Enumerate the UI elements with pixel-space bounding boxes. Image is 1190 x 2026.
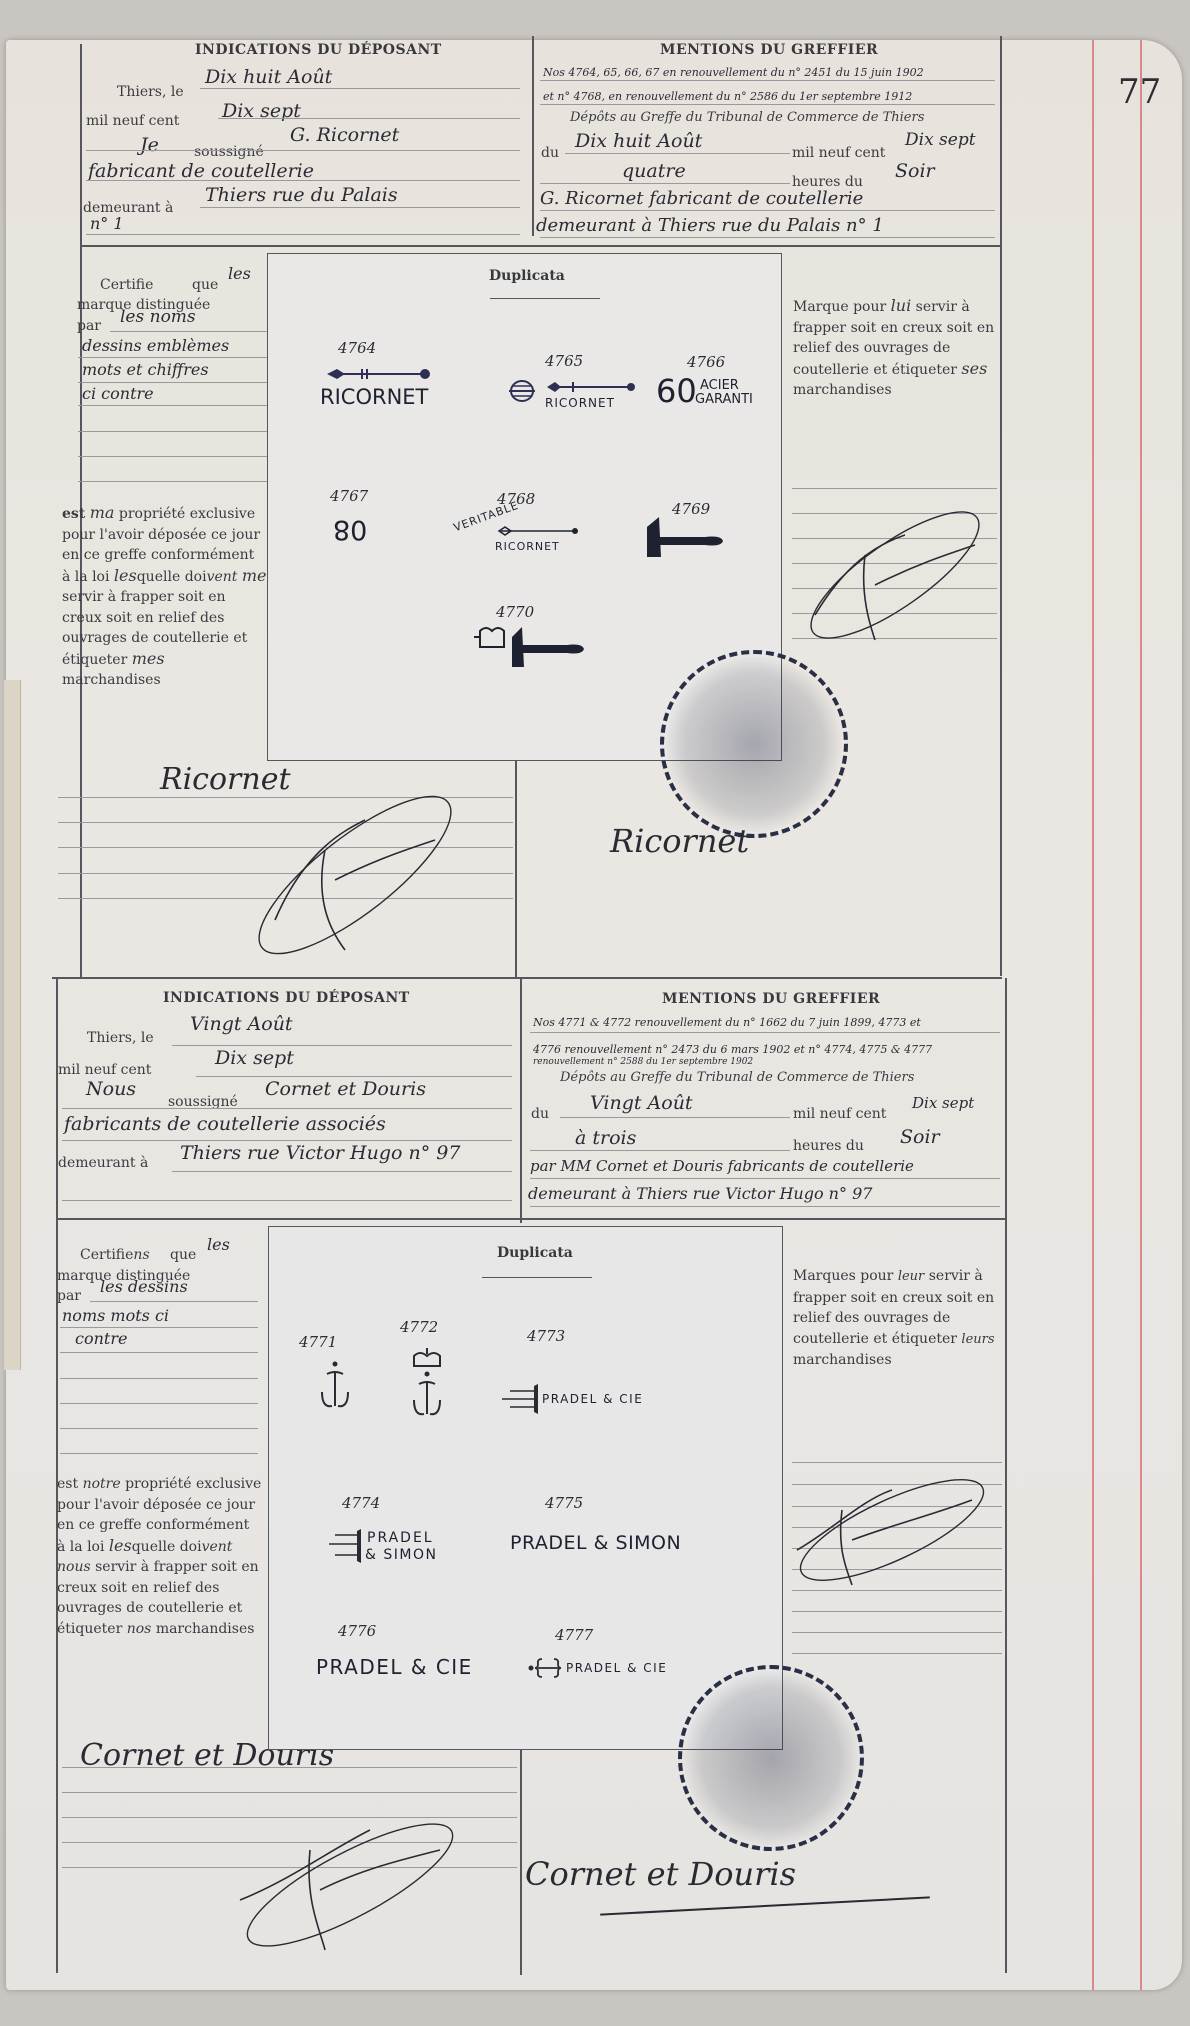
greffier-note-line: 4776 renouvellement n° 2473 du 6 mars 19… (533, 1043, 1001, 1056)
fill-line (792, 1590, 1002, 1591)
mark-number: 4772 (400, 1318, 438, 1336)
fill-line (196, 1076, 512, 1077)
greffier-period-value: Soir (900, 1126, 940, 1148)
marchandises-label: marchandises (793, 1352, 892, 1368)
fill-line (110, 331, 270, 332)
mark-number: 4773 (527, 1327, 565, 1345)
est-value: ma (90, 503, 115, 522)
fill-line (172, 1171, 512, 1172)
mark-text: RICORNET (320, 385, 428, 409)
fill-line (86, 180, 520, 181)
frame-line (1000, 36, 1002, 976)
margin-red-line (1140, 40, 1142, 1990)
frame-line (515, 760, 517, 978)
mark-number: 4766 (687, 353, 725, 371)
marque-pour-value: lui (891, 296, 912, 315)
thiers-le-label: Thiers, le (117, 84, 184, 100)
depositor-name-value: Cornet et Douris (265, 1078, 426, 1100)
date-day-value: Dix huit Août (205, 66, 332, 88)
fill-line (200, 88, 520, 89)
duplicata-title: Duplicata (489, 268, 565, 284)
par-line-value: noms mots ci (62, 1306, 169, 1325)
fill-line (792, 488, 997, 489)
frame-line (52, 977, 1002, 979)
par-line-value: les noms (120, 307, 196, 327)
me-value: me (242, 566, 267, 585)
demeurant-label: demeurant à (58, 1155, 148, 1171)
fill-line (90, 1301, 258, 1302)
etiqueter-value: leurs (961, 1332, 994, 1347)
mark-number: 4774 (342, 1494, 380, 1512)
pronoun-value: Nous (86, 1078, 136, 1100)
que-value: les (228, 264, 251, 283)
frame-line (520, 978, 522, 1223)
clerk-signature-flourish-icon (792, 1470, 997, 1590)
que-value: les (207, 1235, 230, 1254)
fill-line (62, 1200, 512, 1201)
fill-line (565, 153, 790, 154)
mark-text: ACIER (700, 378, 739, 393)
mark-text: 80 (333, 514, 367, 545)
fill-line (60, 1428, 258, 1429)
marchandises-label: marchandises (62, 672, 161, 688)
frame-line (520, 1750, 522, 1975)
arrow-rod-icon (545, 381, 637, 393)
par-line-value: contre (75, 1329, 127, 1348)
mark-number: 4771 (299, 1333, 337, 1351)
est-label: est (62, 506, 85, 522)
mark-text: & SIMON (365, 1547, 437, 1563)
duplicata-title: Duplicata (497, 1245, 573, 1261)
greffier-note-line: et n° 4768, en renouvellement du n° 2586… (543, 90, 993, 103)
clerk-signature-flourish-icon (795, 505, 995, 645)
clerk-signature-flourish-icon (235, 790, 475, 960)
greffier-address-value: demeurant à Thiers rue Victor Hugo n° 97 (528, 1184, 872, 1203)
etiqueter-value: nos (127, 1621, 152, 1637)
mark-number: 4767 (330, 487, 368, 505)
mark-number: 4776 (338, 1622, 376, 1640)
fill-line (60, 1378, 258, 1379)
address-number-value: n° 1 (90, 214, 124, 233)
depots-text: Dépôts au Greffe du Tribunal de Commerce… (570, 110, 924, 125)
fill-line (792, 1462, 1002, 1463)
thiers-le-label: Thiers, le (87, 1030, 154, 1046)
fill-line (62, 1108, 512, 1109)
fill-line (78, 481, 270, 482)
greffier-depositor-value: par MM Cornet et Douris fabricants de co… (530, 1157, 914, 1175)
fill-line (218, 118, 520, 119)
que-label: que (170, 1247, 196, 1263)
du-label: du (531, 1106, 549, 1122)
fill-line (792, 1632, 1002, 1633)
lesquelle-value: les (114, 566, 137, 585)
fill-line (78, 405, 270, 406)
clerk-signature-flourish-icon (230, 1810, 470, 1960)
mark-text: PRADEL & SIMON (510, 1532, 681, 1554)
doivent-value: vent (207, 569, 238, 585)
certifie-suffix: ns (133, 1247, 149, 1263)
date-day-value: Vingt Août (190, 1013, 293, 1035)
fill-line (60, 1403, 258, 1404)
arrow-rod-icon (325, 368, 433, 380)
propriete-block: est ma propriété exclusive pour l'avoir … (62, 503, 267, 691)
marque-pour-label: Marques pour (793, 1268, 893, 1284)
fill-line (540, 104, 995, 105)
par-line-value: dessins emblèmes (82, 336, 229, 355)
quelle-label: quelle (132, 1539, 176, 1555)
par-line-value: ci contre (82, 384, 154, 403)
frame-line (1005, 978, 1007, 1973)
greffier-year-value: Dix sept (905, 130, 976, 150)
doivent-value: vent (202, 1539, 233, 1555)
paper-strip (4, 680, 21, 1370)
greffier-date-value: Dix huit Août (575, 130, 702, 152)
crown-hammer-icon (472, 625, 587, 670)
frame-line (80, 245, 1000, 247)
greffier-address-value: demeurant à Thiers rue du Palais n° 1 (536, 215, 884, 236)
du-label: du (541, 145, 559, 161)
fill-line (62, 1140, 512, 1141)
fill-line (60, 1453, 258, 1454)
mark-text: GARANTI (695, 392, 753, 407)
fill-line (78, 357, 270, 358)
est-value: notre (83, 1476, 121, 1492)
year-value: Dix sept (215, 1047, 294, 1069)
mark-text: PRADEL & CIE (316, 1655, 473, 1679)
fill-line (540, 237, 995, 238)
certifie-label: Certifiens (80, 1247, 150, 1263)
fill-line (792, 1653, 1002, 1654)
frame-line (532, 36, 534, 236)
court-seal-icon (660, 650, 848, 838)
fill-line (540, 183, 790, 184)
doi-label: doi (185, 569, 207, 585)
fill-line (62, 1792, 517, 1793)
depositor-name-value: G. Ricornet (290, 124, 399, 146)
anchor-monogram-icon (318, 1360, 352, 1410)
page-number: 77 (1118, 72, 1161, 112)
depots-text: Dépôts au Greffe du Tribunal de Commerce… (560, 1070, 914, 1085)
par-line-value: les dessins (100, 1277, 188, 1296)
greffier-header: MENTIONS DU GREFFIER (662, 991, 880, 1007)
mark-text: RICORNET (495, 540, 560, 553)
frame-line (56, 1218, 1005, 1220)
greffier-side-signature: Cornet et Douris (525, 1855, 796, 1893)
greffier-year-value: Dix sept (912, 1094, 974, 1112)
greffier-period-value: Soir (895, 160, 935, 182)
marque-pour-label: Marque pour (793, 299, 886, 315)
greffier-depositor-value: G. Ricornet fabricant de coutellerie (540, 188, 863, 209)
greffier-hour-value: à trois (575, 1127, 636, 1149)
court-seal-icon (678, 1665, 864, 1851)
greffier-note-line: renouvellement n° 2588 du 1er septembre … (533, 1057, 1001, 1067)
occupation-value: fabricant de coutellerie (88, 160, 314, 182)
margin-red-line (1092, 40, 1094, 1990)
hammer-icon (645, 515, 725, 560)
mark-text: PRADEL & CIE (566, 1661, 667, 1675)
greffier-date-value: Vingt Août (590, 1092, 693, 1114)
mark-text: RICORNET (545, 396, 615, 410)
par-label: par (77, 318, 101, 334)
greffier-hour-value: quatre (622, 160, 686, 182)
bracket-emblem-icon (528, 1657, 564, 1679)
arrow-rod-icon (497, 526, 579, 536)
propriete-block: est notre propriété exclusive pour l'avo… (57, 1474, 262, 1639)
fill-line (530, 1178, 1000, 1179)
fill-line (540, 80, 995, 81)
doi-label: doi (180, 1539, 202, 1555)
globe-arrow-icon (507, 378, 537, 404)
que-label: que (192, 277, 218, 293)
fork-emblem-icon (500, 1382, 540, 1416)
etiqueter-value: mes (132, 649, 165, 668)
mark-number: 4764 (338, 339, 376, 357)
est-label: est (57, 1476, 78, 1492)
crown-monogram-icon (410, 1348, 444, 1418)
fill-line (530, 1150, 790, 1151)
soussigne-label: soussigné (194, 144, 264, 160)
mark-number: 4770 (496, 603, 534, 621)
fill-line (200, 207, 520, 208)
fill-line (86, 234, 520, 235)
mark-text: PRADEL (367, 1530, 434, 1546)
fill-line (78, 382, 270, 383)
fill-line (530, 1032, 1000, 1033)
mil-neuf-cent-label: mil neuf cent (86, 113, 179, 129)
marchandises-label: marchandises (156, 1621, 255, 1637)
title-underline (490, 298, 600, 299)
occupation-value: fabricants de coutellerie associés (64, 1113, 386, 1135)
mil-neuf-cent-label: mil neuf cent (58, 1062, 151, 1078)
address-value: Thiers rue Victor Hugo n° 97 (180, 1142, 460, 1164)
address-value: Thiers rue du Palais (205, 184, 398, 206)
greffier-note-line: Nos 4771 & 4772 renouvellement du n° 166… (533, 1016, 1001, 1029)
mil-neuf-cent-label: mil neuf cent (792, 145, 885, 161)
mark-number: 4775 (545, 1494, 583, 1512)
mark-text: PRADEL & CIE (542, 1392, 643, 1406)
mark-number: 4765 (545, 352, 583, 370)
title-underline (482, 1277, 592, 1278)
fill-line (78, 456, 270, 457)
etiqueter-value: ses (961, 359, 987, 378)
fill-line (78, 431, 270, 432)
fork-emblem-icon (327, 1527, 363, 1565)
deposant-header: INDICATIONS DU DÉPOSANT (195, 42, 442, 58)
mil-neuf-cent-label: mil neuf cent (793, 1106, 886, 1122)
pronoun-value: Je (140, 134, 159, 156)
heures-label: heures du (793, 1138, 864, 1154)
greffier-side-signature: Ricornet (610, 822, 749, 860)
deposant-header: INDICATIONS DU DÉPOSANT (163, 990, 410, 1006)
certifie-label: Certifie (100, 277, 153, 293)
marque-pour-block: Marques pour leur servir à frapper soit … (793, 1266, 1003, 1371)
marque-pour-block: Marque pour lui servir à frapper soit en… (793, 296, 998, 401)
par-label: par (57, 1288, 81, 1304)
par-line-value: mots et chiffres (82, 360, 209, 379)
fill-line (60, 1352, 258, 1353)
me-value: nous (57, 1559, 91, 1575)
fill-line (86, 150, 520, 151)
fill-line (172, 1045, 512, 1046)
lesquelle-value: les (109, 1536, 132, 1555)
marque-pour-value: leur (898, 1269, 924, 1284)
fill-line (540, 210, 995, 211)
fill-line (60, 1327, 258, 1328)
fill-line (792, 1611, 1002, 1612)
mark-text: 60 (656, 372, 697, 410)
greffier-header: MENTIONS DU GREFFIER (660, 42, 878, 58)
greffier-note-line: Nos 4764, 65, 66, 67 en renouvellement d… (543, 66, 993, 79)
marchandises-label: marchandises (793, 382, 892, 398)
quelle-label: quelle (137, 569, 181, 585)
mark-number: 4777 (555, 1626, 593, 1644)
fill-line (560, 1117, 790, 1118)
fill-line (530, 1206, 1000, 1207)
